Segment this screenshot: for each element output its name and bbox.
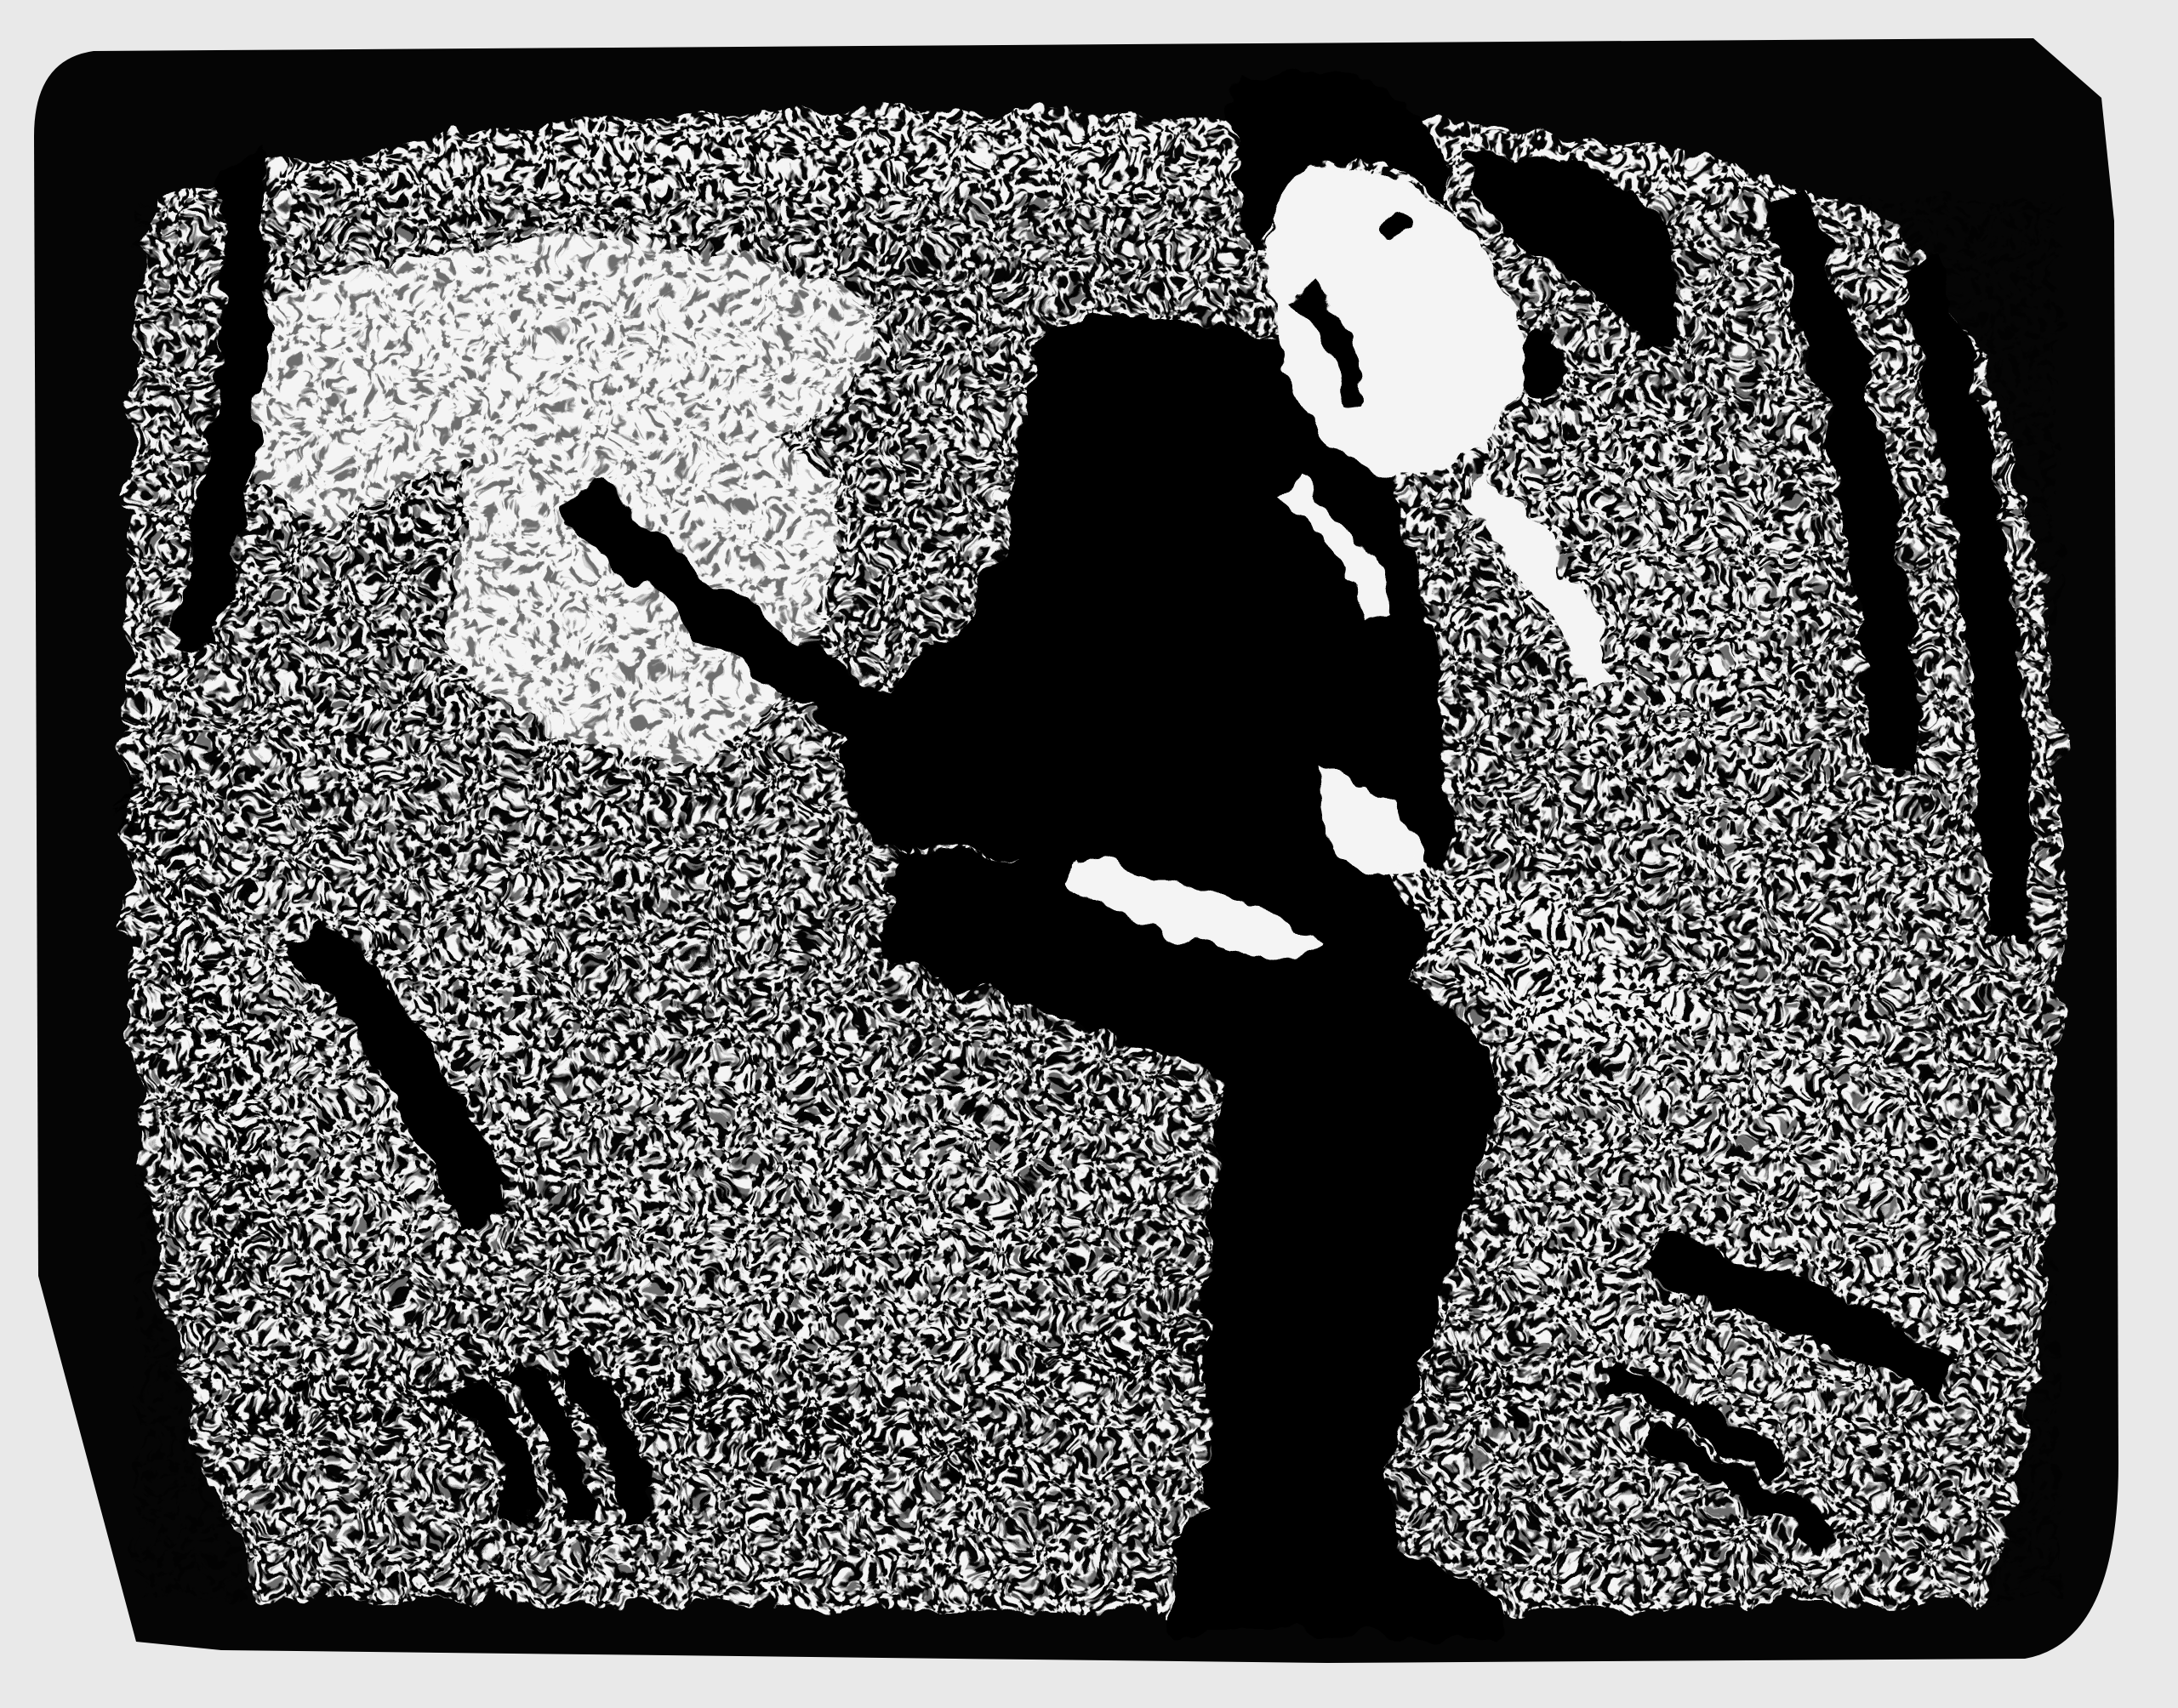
- figure-mouth: [1514, 332, 1565, 400]
- printed-plate: [0, 0, 2178, 1708]
- print-artwork: [0, 0, 2178, 1708]
- figure-eye: [1377, 213, 1414, 238]
